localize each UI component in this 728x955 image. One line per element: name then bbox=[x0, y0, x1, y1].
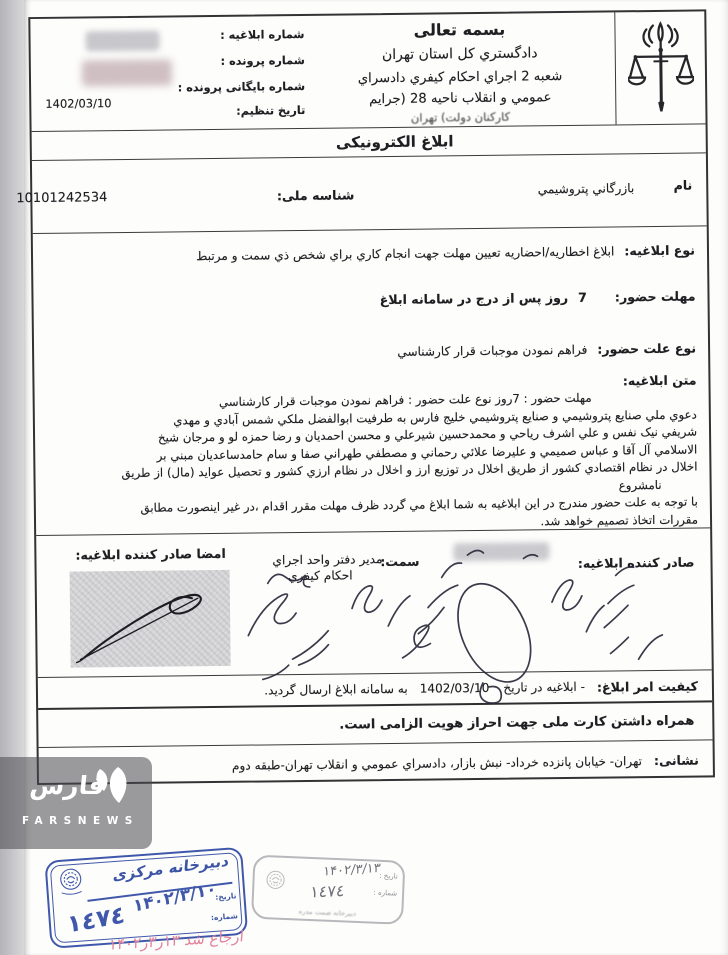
name-value: بازرگاني پتروشيمي bbox=[538, 181, 635, 196]
deadline-line: مهلت حضور: 7 روز پس از درج در سامانه ابل… bbox=[380, 289, 696, 308]
deadline-days-value: 7 bbox=[578, 290, 587, 305]
stamp-number-handwritten: ١٤٧٤ bbox=[66, 900, 126, 938]
stamp-date-handwritten: ۱۴۰۲/۳/۱۰ bbox=[133, 879, 218, 917]
gray-secretariat-stamp: تاریخ : شماره : ۱۴۰۲/۳/۱۳ ١٤٧٤ دبیرخانه … bbox=[251, 855, 405, 925]
reason-value: فراهم نمودن موجبات قرار کارشناسي bbox=[397, 343, 587, 359]
stamp-number-handwritten: ١٤٧٤ bbox=[310, 881, 345, 902]
name-label: نام bbox=[673, 178, 692, 193]
header-row: شماره ابلاغیه : شماره پرونده : شماره بای… bbox=[30, 11, 705, 132]
signature-label: امضا صادر کننده ابلاغیه: bbox=[75, 546, 226, 563]
notice-details-row: نوع ابلاغیه: ابلاغ اخطاريه/احضاريه تعيين… bbox=[33, 226, 710, 536]
stamp-date-handwritten: ۱۴۰۲/۳/۱۳ bbox=[323, 861, 382, 880]
notice-type-line: نوع ابلاغیه: ابلاغ اخطاريه/احضاريه تعيين… bbox=[196, 243, 695, 264]
body-text-label: متن ابلاغیه: bbox=[623, 373, 697, 389]
national-id-label: شناسه ملی: bbox=[277, 187, 355, 203]
farsnews-watermark: فارس FARSNEWS bbox=[0, 757, 152, 849]
org-line-4: کارکنان دولت) تهران bbox=[310, 107, 610, 126]
deadline-unit-text: روز پس از درج در سامانه ابلاغ bbox=[380, 290, 569, 307]
stamp-title: دبیرخانه مرکزی bbox=[113, 852, 231, 885]
case-number-label: شماره پرونده : bbox=[221, 54, 305, 68]
redacted-case-number bbox=[82, 59, 172, 86]
stamp-divider bbox=[87, 882, 232, 902]
stamp-date-label: تاریخ : bbox=[379, 872, 398, 881]
notice-type-label: نوع ابلاغیه: bbox=[624, 243, 695, 259]
reg-date-value: 1402/03/10 bbox=[45, 96, 111, 111]
id-card-note-text: همراه داشتن کارت ملی جهت احراز هویت الزا… bbox=[339, 714, 694, 733]
stamp-footer-text: دبیرخانه صمت مدره bbox=[253, 906, 401, 920]
emblem-cell bbox=[614, 11, 705, 124]
stamp-emblem-icon bbox=[262, 869, 289, 894]
judiciary-scales-emblem-icon bbox=[627, 18, 694, 119]
issuer-signature-image bbox=[70, 570, 231, 668]
address-value: تهران- خيابان پانزده خرداد- نبش بازار، د… bbox=[232, 754, 642, 773]
farsnews-name-en: FARSNEWS bbox=[22, 815, 139, 827]
farsnews-name-fa: فارس bbox=[28, 771, 106, 800]
notice-type-value: ابلاغ اخطاريه/احضاريه تعيين مهلت جهت انج… bbox=[196, 244, 614, 263]
archive-number-label: شماره بایگانی پرونده : bbox=[178, 80, 305, 94]
national-id-value: 10101242534 bbox=[16, 190, 107, 206]
signature-flourish-icon bbox=[70, 570, 231, 668]
header-court-titles: بسمه تعالی دادگستري کل استان تهران شعبه … bbox=[309, 18, 610, 126]
notice-body-text: مهلت حضور : 7روز نوع علت حضور : فراهم نم… bbox=[41, 389, 699, 536]
reason-line: نوع علت حضور: فراهم نمودن موجبات قرار کا… bbox=[397, 341, 696, 359]
signature-row: صادر کننده ابلاغیه: سمت: مدير دفتر واحد … bbox=[36, 528, 712, 678]
deadline-label: مهلت حضور: bbox=[615, 289, 696, 305]
reason-label: نوع علت حضور: bbox=[597, 341, 696, 357]
address-label: نشانی: bbox=[654, 753, 699, 769]
recipient-row: نام بازرگاني پتروشيمي شناسه ملی: 1010124… bbox=[32, 153, 707, 234]
stamp-date-label: تاریخ: bbox=[215, 891, 237, 902]
notice-document-frame: شماره ابلاغیه : شماره پرونده : شماره بای… bbox=[28, 9, 715, 785]
reg-date-label: تاریخ تنظیم: bbox=[236, 104, 305, 118]
document-title: ابلاغ الکترونیکی bbox=[336, 132, 454, 151]
scanned-court-notice-page: شماره ابلاغیه : شماره پرونده : شماره بای… bbox=[0, 0, 728, 955]
bismillah-text: بسمه تعالی bbox=[309, 18, 609, 40]
stamp-number-label: شماره : bbox=[373, 889, 397, 898]
handwritten-annotations-icon bbox=[231, 535, 677, 712]
redacted-notice-number bbox=[85, 31, 159, 52]
notice-number-label: شماره ابلاغیه : bbox=[220, 28, 305, 42]
org-line-1: دادگستري کل استان تهران bbox=[310, 44, 610, 63]
stamp-number-label: شماره: bbox=[211, 911, 239, 922]
stamp-emblem-icon bbox=[55, 866, 87, 896]
